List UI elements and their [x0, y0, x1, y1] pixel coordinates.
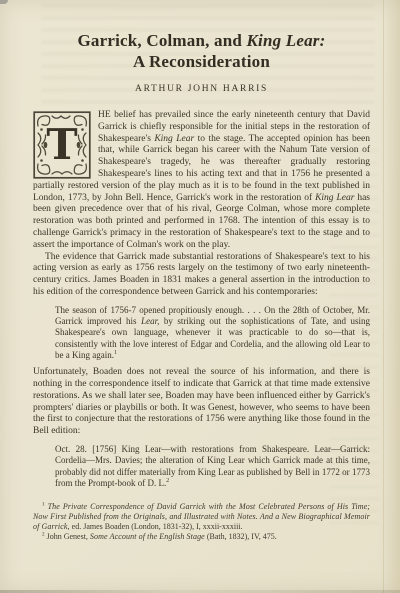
title-line1-roman: Garrick, Colman, and — [78, 31, 247, 50]
title-line1-italic: King Lear: — [247, 31, 326, 50]
article-title: Garrick, Colman, and King Lear: A Recons… — [33, 30, 370, 72]
title-line1: Garrick, Colman, and King Lear: — [33, 30, 370, 51]
scanned-page: Garrick, Colman, and King Lear: A Recons… — [0, 0, 400, 593]
quotation-boaden: The season of 1756-7 opened propitiously… — [55, 305, 370, 361]
article: Garrick, Colman, and King Lear: A Recons… — [33, 30, 370, 542]
dropcap-letter: T — [46, 120, 77, 169]
paragraph-2: The evidence that Garrick made substanti… — [33, 252, 370, 299]
article-body: T HE belief has prevailed since the earl… — [33, 110, 370, 542]
footnote-1: 1 The Private Correspondence of David Ga… — [33, 502, 370, 532]
quotation-genest: Oct. 28. [1756] King Lear—with restorati… — [55, 444, 370, 489]
footnotes: 1 The Private Correspondence of David Ga… — [33, 502, 370, 542]
paragraph-3: Unfortunately, Boaden does not reveal th… — [33, 367, 370, 438]
author-name: ARTHUR JOHN HARRIS — [33, 84, 370, 94]
dropcap-ornament-icon: T — [33, 111, 91, 179]
scan-corner-mark — [0, 0, 8, 4]
paragraph-1: T HE belief has prevailed since the earl… — [33, 110, 370, 252]
title-line2: A Reconsideration — [33, 51, 370, 72]
dropcap: T — [33, 111, 91, 179]
page-edge-shading — [383, 0, 400, 593]
footnote-2: 2 John Genest, Some Account of the Engli… — [33, 532, 370, 542]
